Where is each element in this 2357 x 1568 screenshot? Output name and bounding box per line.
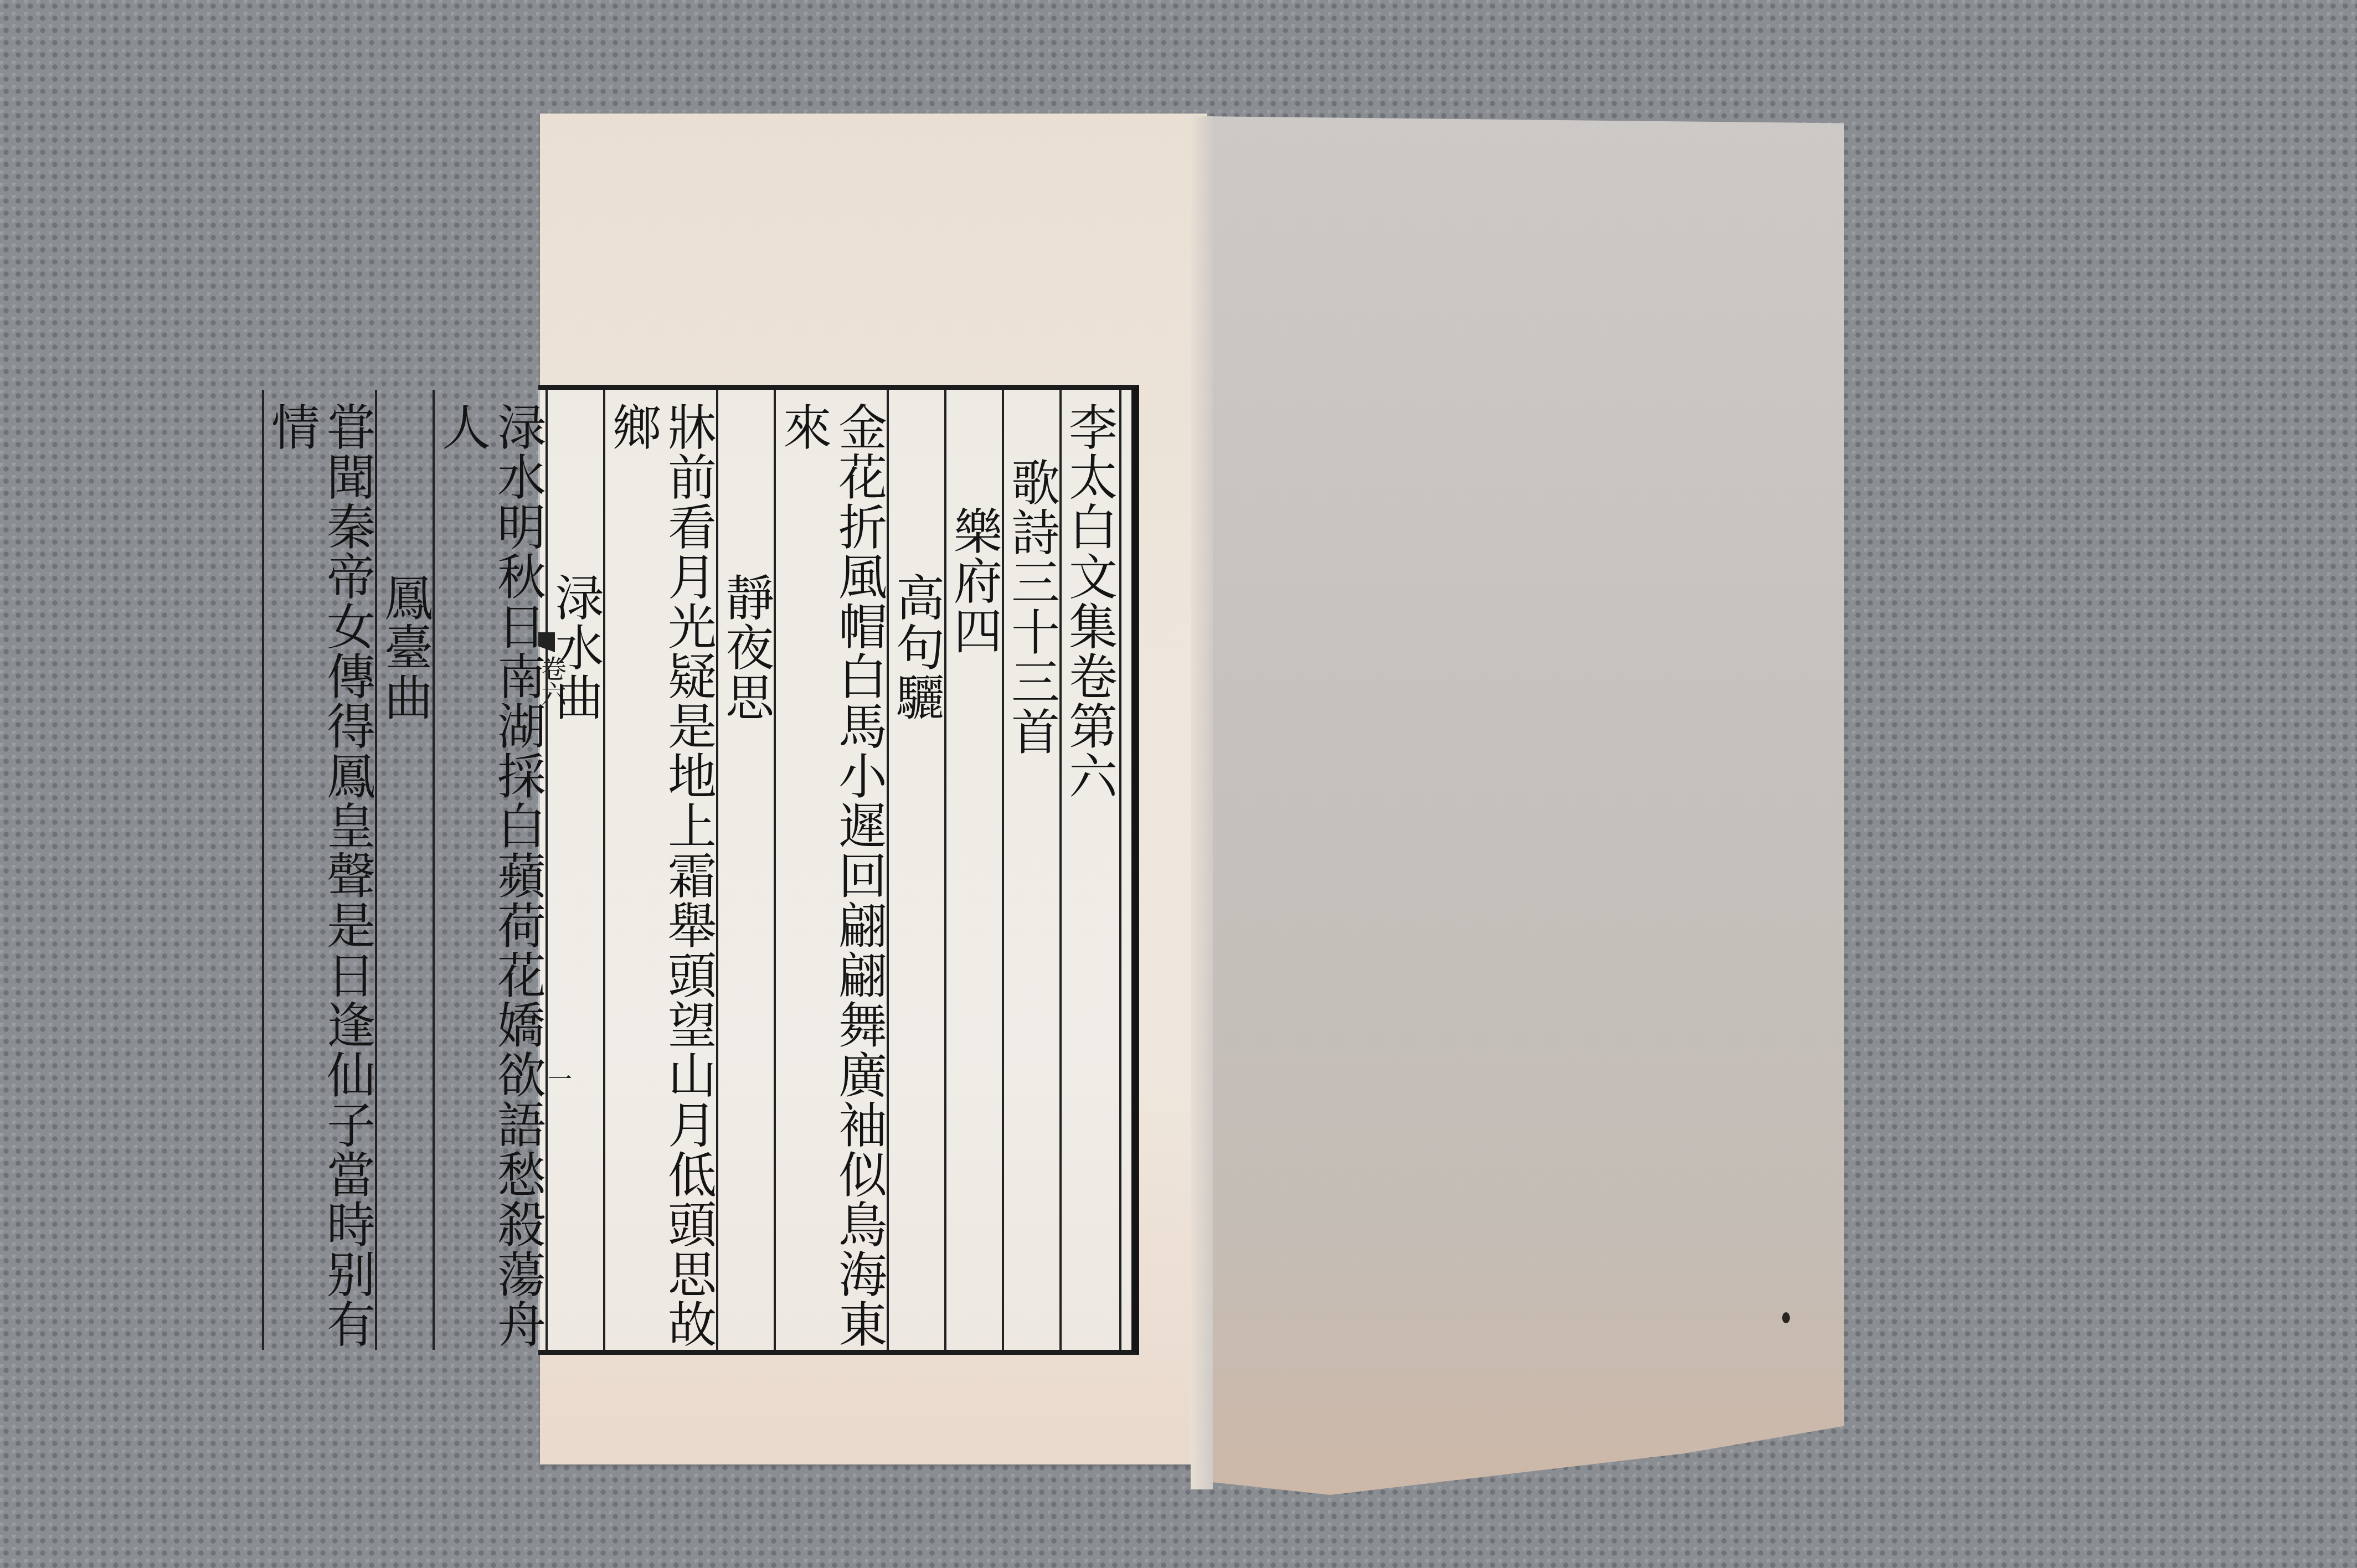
column-poem-body: 金花折風帽白馬小遲回翩翩舞廣袖似鳥海東來: [774, 390, 887, 1350]
column-section: 歌詩三十三首: [1002, 390, 1059, 1350]
column-poem-title: 靜夜思: [716, 390, 774, 1350]
poem-body: 牀前看月光疑是地上霜舉頭望山月低頭思故鄉: [605, 390, 716, 1350]
column-poem-title: 渌水曲: [545, 390, 603, 1350]
column-title: 李太白文集卷第六: [1059, 390, 1117, 1350]
open-book: 卷六 一 李太白文集卷第六 歌詩三十三首 樂府四 高句驪 金花折風帽白馬小遲回翩…: [0, 0, 2357, 1568]
column-poem-body: 渌水明秋日南湖採白蘋荷花嬌欲語愁殺蕩舟人: [433, 390, 545, 1350]
printed-frame: 卷六 一 李太白文集卷第六 歌詩三十三首 樂府四 高句驪 金花折風帽白馬小遲回翩…: [538, 385, 1139, 1355]
column-poem-title: 鳳臺曲: [375, 390, 433, 1350]
column-poem-body: 甞聞秦帝女傳得鳳皇聲是日逢仙子當時别有情: [262, 390, 375, 1350]
poem-title: 渌水曲: [548, 390, 603, 1350]
column-poem-body: 牀前看月光疑是地上霜舉頭望山月低頭思故鄉: [603, 390, 716, 1350]
column-subsection: 樂府四: [944, 390, 1002, 1350]
subsection-heading: 樂府四: [946, 390, 1002, 1350]
poem-title: 高句驪: [889, 390, 944, 1350]
right-page-blank: [1202, 116, 1844, 1495]
book-title: 李太白文集卷第六: [1062, 390, 1117, 1350]
poem-title: 鳳臺曲: [377, 390, 433, 1350]
ink-stain: [1782, 1312, 1790, 1323]
poem-body: 金花折風帽白馬小遲回翩翩舞廣袖似鳥海東來: [776, 390, 887, 1350]
frame-double-line: [1119, 390, 1121, 1350]
column-poem-title: 高句驪: [887, 390, 944, 1350]
poem-title: 靜夜思: [718, 390, 774, 1350]
poem-body: 甞聞秦帝女傳得鳳皇聲是日逢仙子當時别有情: [264, 390, 375, 1350]
poem-body: 渌水明秋日南湖採白蘋荷花嬌欲語愁殺蕩舟人: [435, 390, 545, 1350]
spine-fold: [1191, 116, 1213, 1489]
text-columns: 李太白文集卷第六 歌詩三十三首 樂府四 高句驪 金花折風帽白馬小遲回翩翩舞廣袖似…: [559, 390, 1117, 1350]
section-heading: 歌詩三十三首: [1004, 390, 1059, 1350]
